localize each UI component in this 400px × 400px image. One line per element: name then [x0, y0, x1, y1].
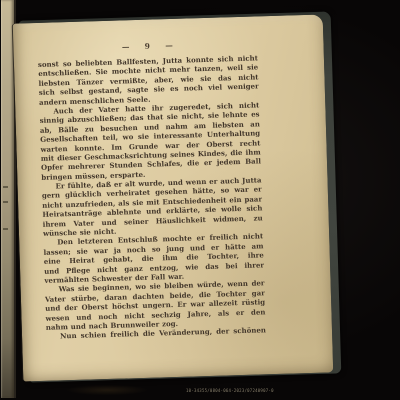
page-header: — 9 — — [37, 36, 257, 55]
edge-mark — [3, 228, 8, 230]
page-shadow — [52, 382, 162, 398]
header-dash-left: — — [122, 42, 130, 51]
header-dash-right: — — [165, 40, 173, 49]
edge-mark — [3, 186, 8, 188]
edge-mark — [3, 201, 8, 203]
book-scan: — 9 — sonst so beliebten Ballfesten, Jut… — [0, 0, 400, 400]
book-page: — 9 — sonst so beliebten Ballfesten, Jut… — [13, 14, 333, 381]
scan-footer-id: 10-34355/0804-064-2023/07240907-0 — [186, 388, 276, 393]
page-number: 9 — [145, 41, 151, 50]
page-text: sonst so beliebten Ballfesten, Jutta kon… — [38, 53, 266, 341]
